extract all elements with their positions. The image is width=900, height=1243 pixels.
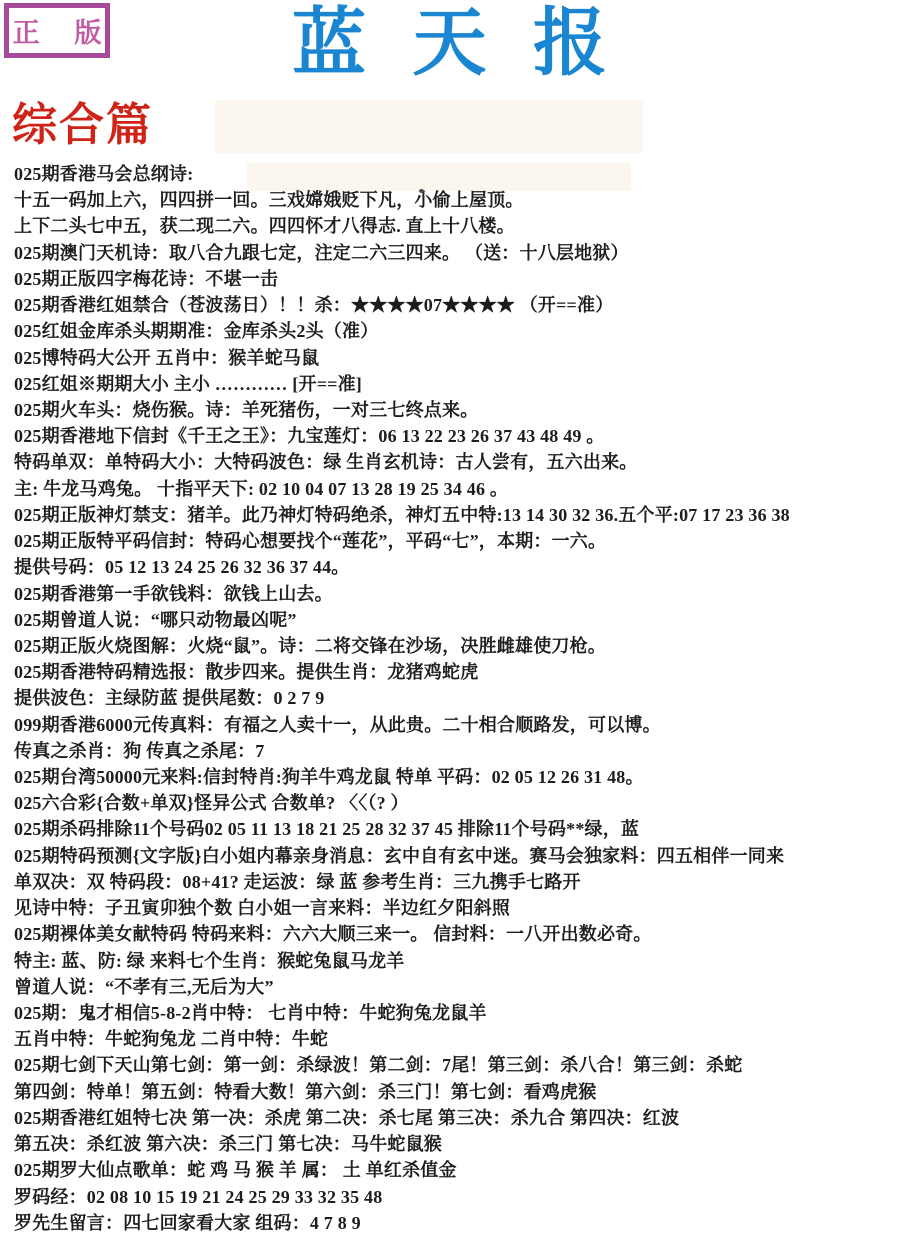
text-line: 099期香港6000元传真料：有福之人卖十一，从此贵。二十相合顺路发，可以博。 — [14, 713, 896, 737]
text-line: 特主: 蓝、防: 绿 来料七个生肖：猴蛇兔鼠马龙羊 — [14, 949, 896, 973]
text-line: 025期杀码排除11个号码02 05 11 13 18 21 25 28 32 … — [14, 817, 896, 841]
text-line: 五肖中特：牛蛇狗兔龙 二肖中特：牛蛇 — [14, 1027, 896, 1051]
text-line: 025期香港马会总纲诗: — [14, 162, 896, 186]
text-line: 025博特码大公开 五肖中：猴羊蛇马鼠 — [14, 346, 896, 370]
text-line: 提供波色：主绿防蓝 提供尾数：0 2 7 9 — [14, 686, 896, 710]
text-line: 025期正版四字梅花诗：不堪一击 — [14, 267, 896, 291]
text-line: 曾道人说：“不孝有三,无后为大” — [14, 975, 896, 999]
text-line: 025期特码预测{文字版}白小姐内幕亲身消息：玄中自有玄中迷。赛马会独家料：四五… — [14, 844, 896, 868]
text-line: 025期香港特码精选报：散步四来。提供生肖：龙猪鸡蛇虎 — [14, 660, 896, 684]
stray-dot-mark — [419, 189, 424, 193]
text-line: 特码单双：单特码大小：大特码波色：绿 生肖玄机诗：古人尝有，五六出来。 — [14, 450, 896, 474]
text-line: 025期香港红姐禁合（苍波荡日）！！杀：★★★★07★★★★ （开==准） — [14, 293, 896, 317]
section-title: 综合篇 — [12, 88, 153, 153]
text-line: 025期正版特平码信封：特码心想要找个“莲花”，平码“七”，本期：一六。 — [14, 529, 896, 553]
text-line: 第四剑：特单！第五剑：特看大数！第六剑：杀三门！第七剑：看鸡虎猴 — [14, 1080, 896, 1104]
text-line: 单双决：双 特码段：08+41? 走运波：绿 蓝 参考生肖：三九携手七路开 — [14, 870, 896, 894]
text-line: 传真之杀肖：狗 传真之杀尾：7 — [14, 739, 896, 763]
text-line: 025期正版神灯禁支：猪羊。此乃神灯特码绝杀，神灯五中特:13 14 30 32… — [14, 503, 896, 527]
text-line: 见诗中特：子丑寅卯独个数 白小姐一言来料：半边红夕阳斜照 — [14, 896, 896, 920]
text-line: 025期澳门天机诗：取八合九跟七定，注定二六三四来。 （送：十八层地狱） — [14, 241, 896, 265]
text-line: 十五一码加上六，四四拼一回。三戏嫦娥贬下凡，小偷上屋顶。 — [14, 188, 896, 212]
text-line: 025期正版火烧图解：火烧“鼠”。诗：二将交锋在沙场，决胜雌雄使刀枪。 — [14, 634, 896, 658]
highlight-box-top — [215, 100, 643, 153]
text-line: 025红姐金库杀头期期准：金库杀头2头（准） — [14, 319, 896, 343]
text-line: 提供号码：05 12 13 24 25 26 32 36 37 44。 — [14, 555, 896, 579]
text-line: 025期台湾50000元来料:信封特肖:狗羊牛鸡龙鼠 特单 平码：02 05 1… — [14, 765, 896, 789]
text-line: 025期香港第一手欲钱料：欲钱上山去。 — [14, 582, 896, 606]
text-line: 025期裸体美女献特码 特码来料：六六大顺三来一。 信封料：一八开出数必奇。 — [14, 922, 896, 946]
text-line: 主: 牛龙马鸡兔。 十指平天下: 02 10 04 07 13 28 19 25… — [14, 477, 896, 501]
text-line: 罗码经：02 08 10 15 19 21 24 25 29 33 32 35 … — [14, 1185, 896, 1209]
authentic-badge: 正 版 — [4, 3, 110, 58]
content-lines: 025期香港马会总纲诗:十五一码加上六，四四拼一回。三戏嫦娥贬下凡，小偷上屋顶。… — [14, 162, 896, 1235]
text-line: 025期香港红姐特七决 第一决：杀虎 第二决：杀七尾 第三决：杀九合 第四决：红… — [14, 1106, 896, 1130]
page-title: 蓝 天 报 — [292, 4, 621, 85]
text-line: 025期七剑下天山第七剑：第一剑：杀绿波！第二剑：7尾！第三剑：杀八合！第三剑：… — [14, 1053, 896, 1077]
text-line: 第五决：杀红波 第六决：杀三门 第七决：马牛蛇鼠猴 — [14, 1132, 896, 1156]
text-line: 025红姐※期期大小 主小 ………… [开==准] — [14, 372, 896, 396]
text-line: 025期火车头：烧伤猴。诗：羊死猪伤，一对三七终点来。 — [14, 398, 896, 422]
text-line: 罗先生留言：四七回家看大家 组码：4 7 8 9 — [14, 1211, 896, 1235]
text-line: 025期：鬼才相信5-8-2肖中特： 七肖中特：牛蛇狗兔龙鼠羊 — [14, 1001, 896, 1025]
text-line: 上下二头七中五，获二现二六。四四怀才八得志. 直上十八楼。 — [14, 214, 896, 238]
text-line: 025期曾道人说：“哪只动物最凶呢” — [14, 608, 896, 632]
text-line: 025六合彩{合数+单双}怪异公式 合数单? 〈〈（? ） — [14, 791, 896, 815]
text-line: 025期香港地下信封《千王之王》：九宝莲灯：06 13 22 23 26 37 … — [14, 424, 896, 448]
text-line: 025期罗大仙点歌单：蛇 鸡 马 猴 羊 属： 土 单红杀值金 — [14, 1158, 896, 1182]
